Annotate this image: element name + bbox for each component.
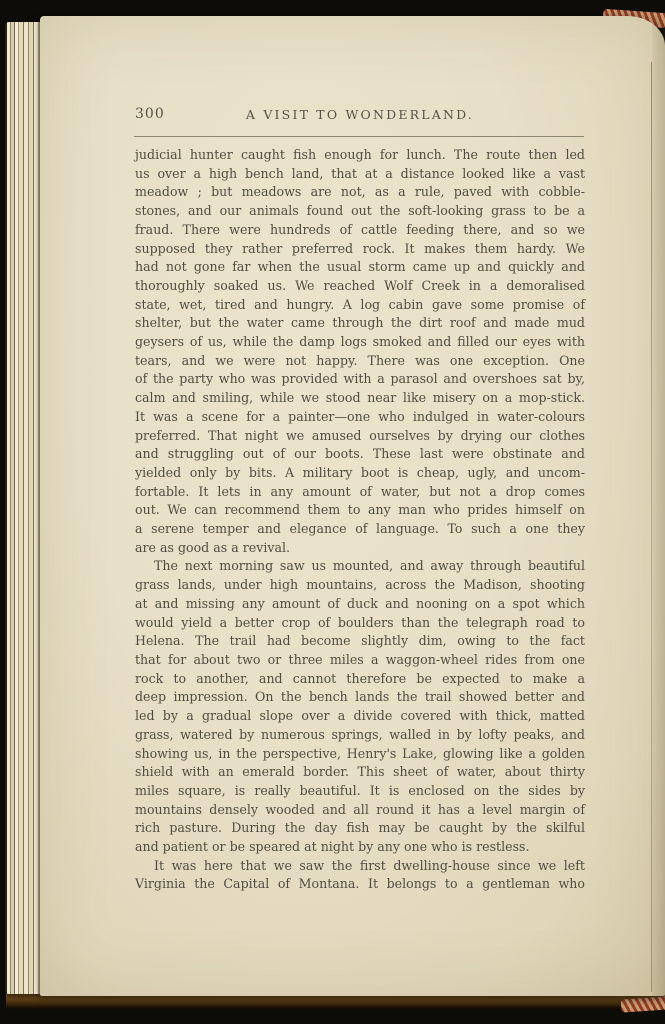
text-line: shelter, but the water came through the …	[135, 314, 585, 333]
book-page: 300 A VISIT TO WONDERLAND. judicial hunt…	[40, 16, 665, 996]
text-line: rock to another, and cannot therefore be…	[135, 670, 585, 689]
text-line: a serene temper and elegance of language…	[135, 520, 585, 539]
running-title: A VISIT TO WONDERLAND.	[135, 106, 585, 122]
page-header: 300 A VISIT TO WONDERLAND.	[135, 106, 585, 126]
text-line: yielded only by bits. A military boot is…	[135, 464, 585, 483]
text-line: rich pasture. During the day fish may be…	[135, 819, 585, 838]
text-line: tears, and we were not happy. There was …	[135, 352, 585, 371]
text-line: Helena. The trail had become slightly di…	[135, 632, 585, 651]
text-line: showing us, in the perspective, Henry's …	[135, 745, 585, 764]
text-line: are as good as a revival.	[135, 539, 585, 558]
text-line: calm and smiling, while we stood near li…	[135, 389, 585, 408]
text-line: state, wet, tired and hungry. A log cabi…	[135, 296, 585, 315]
text-line: judicial hunter caught fish enough for l…	[135, 146, 585, 165]
text-line: Virginia the Capital of Montana. It belo…	[135, 875, 585, 894]
text-line: supposed they rather preferred rock. It …	[135, 240, 585, 259]
text-line: grass, watered by numerous springs, wall…	[135, 726, 585, 745]
text-line: at and missing any amount of duck and no…	[135, 595, 585, 614]
text-line: had not gone far when the usual storm ca…	[135, 258, 585, 277]
text-line: It was here that we saw the first dwelli…	[135, 857, 585, 876]
text-line: The next morning saw us mounted, and awa…	[135, 557, 585, 576]
text-line: preferred. That night we amused ourselve…	[135, 427, 585, 446]
text-line: It was a scene for a painter—one who ind…	[135, 408, 585, 427]
text-line: thoroughly soaked us. We reached Wolf Cr…	[135, 277, 585, 296]
header-rule	[134, 136, 584, 137]
text-line: miles square, is really beautiful. It is…	[135, 782, 585, 801]
headband-bottom	[621, 996, 665, 1012]
text-line: meadow ; but meadows are not, as a rule,…	[135, 183, 585, 202]
text-line: fraud. There were hundreds of cattle fee…	[135, 221, 585, 240]
text-line: shield with an emerald border. This shee…	[135, 763, 585, 782]
text-line: and struggling out of our boots. These l…	[135, 445, 585, 464]
text-line: out. We can recommend them to any man wh…	[135, 501, 585, 520]
body-text: judicial hunter caught fish enough for l…	[135, 146, 585, 894]
book-photo: 300 A VISIT TO WONDERLAND. judicial hunt…	[0, 0, 665, 1024]
text-line: geysers of us, while the damp logs smoke…	[135, 333, 585, 352]
text-line: mountains densely wooded and all round i…	[135, 801, 585, 820]
text-line: deep impression. On the bench lands the …	[135, 688, 585, 707]
page-edge-stack	[5, 22, 42, 994]
text-line: us over a high bench land, that at a dis…	[135, 165, 585, 184]
page-right-shade	[652, 16, 665, 996]
text-line: and patient or be speared at night by an…	[135, 838, 585, 857]
text-line: stones, and our animals found out the so…	[135, 202, 585, 221]
text-line: grass lands, under high mountains, acros…	[135, 576, 585, 595]
text-line: that for about two or three miles a wagg…	[135, 651, 585, 670]
text-line: would yield a better crop of boulders th…	[135, 614, 585, 633]
text-line: led by a gradual slope over a divide cov…	[135, 707, 585, 726]
page-number: 300	[135, 106, 165, 122]
text-line: fortable. It lets in any amount of water…	[135, 483, 585, 502]
text-line: of the party who was provided with a par…	[135, 370, 585, 389]
